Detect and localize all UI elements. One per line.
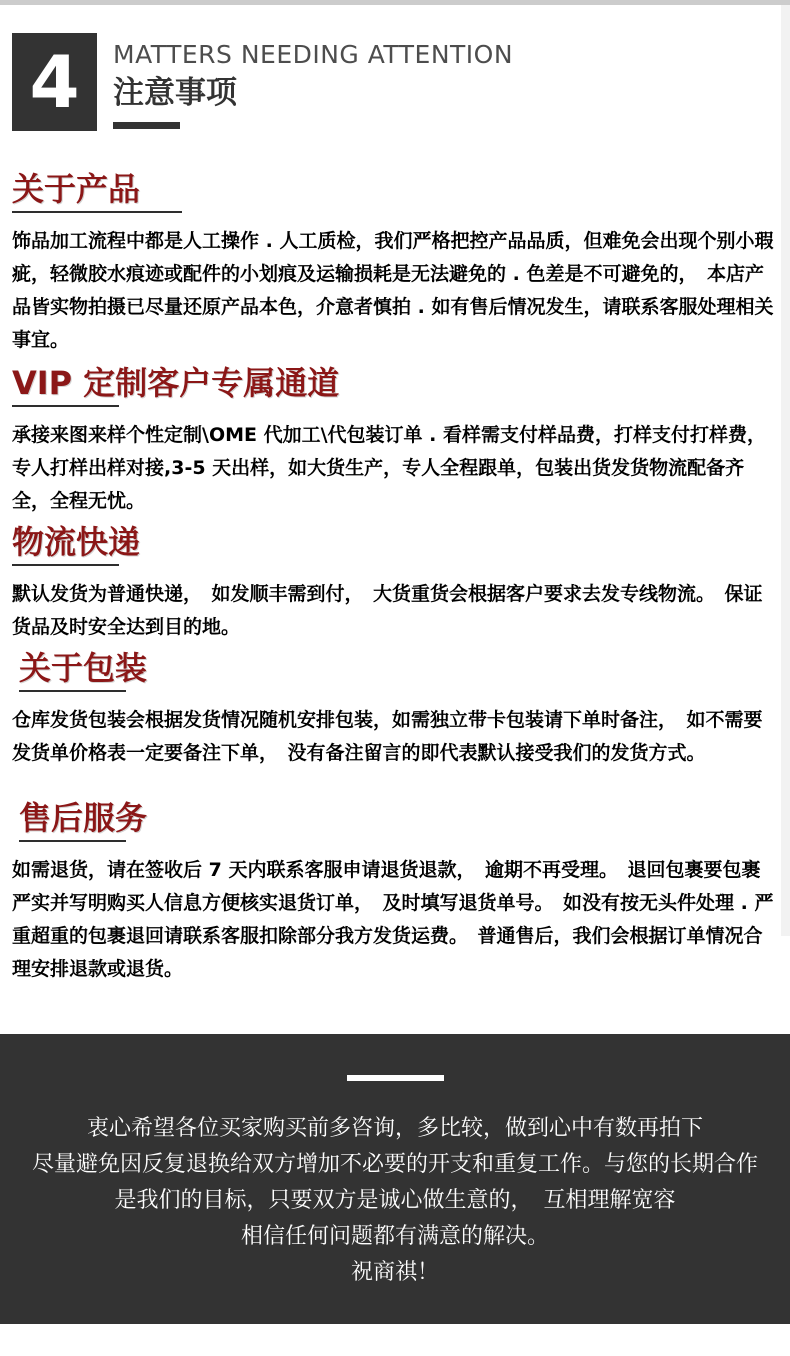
section-heading-vip-custom-channel: VIP 定制客户专属通道	[12, 365, 778, 401]
footer: 衷心希望各位买家购买前多咨询，多比较，做到心中有数再拍下 尽量避免因反复退换给双…	[0, 1034, 790, 1324]
heading-underline	[19, 690, 126, 692]
section-heading-about-packaging: 关于包装	[12, 650, 778, 686]
footer-line: 相信任何问题都有满意的解决。	[0, 1219, 790, 1255]
section-number-badge: 4	[12, 33, 97, 131]
right-edge-strip	[781, 5, 790, 936]
section-body-vip-custom-channel: 承接来图来样个性定制\OME 代加工\代包装订单 . 看样需支付样品费，打样支付…	[12, 419, 778, 518]
section-logistics-express: 物流快递 默认发货为普通快递， 如发顺丰需到付， 大货重货会根据客户要求去发专线…	[12, 524, 778, 644]
header-underline	[113, 122, 180, 129]
section-about-product: 关于产品 饰品加工流程中都是人工操作 . 人工质检，我们严格把控产品品质，但难免…	[12, 171, 778, 357]
heading-underline	[12, 211, 182, 213]
section-body-about-packaging: 仓库发货包装会根据发货情况随机安排包装，如需独立带卡包装请下单时备注， 如不需要…	[12, 704, 778, 770]
section-heading-logistics-express: 物流快递	[12, 524, 778, 560]
footer-line: 是我们的目标，只要双方是诚心做生意的， 互相理解宽容	[0, 1183, 790, 1219]
section-header: 4 MATTERS NEEDING ATTENTION 注意事项	[12, 33, 790, 131]
section-vip-custom-channel: VIP 定制客户专属通道 承接来图来样个性定制\OME 代加工\代包装订单 . …	[12, 365, 778, 518]
section-heading-after-sales-service: 售后服务	[12, 800, 778, 836]
top-edge-strip	[0, 0, 790, 5]
heading-underline	[12, 564, 119, 566]
section-body-logistics-express: 默认发货为普通快递， 如发顺丰需到付， 大货重货会根据客户要求去发专线物流。 保…	[12, 578, 778, 644]
heading-underline	[12, 405, 119, 407]
footer-divider	[347, 1075, 444, 1081]
section-about-packaging: 关于包装 仓库发货包装会根据发货情况随机安排包装，如需独立带卡包装请下单时备注，…	[12, 650, 778, 770]
page: 4 MATTERS NEEDING ATTENTION 注意事项 关于产品 饰品…	[0, 0, 790, 1356]
heading-underline	[19, 840, 126, 842]
section-body-after-sales-service: 如需退货，请在签收后 7 天内联系客服申请退货退款， 逾期不再受理。 退回包裹要…	[12, 854, 778, 986]
footer-line: 尽量避免因反复退换给双方增加不必要的开支和重复工作。与您的长期合作	[0, 1147, 790, 1183]
header-title-en: MATTERS NEEDING ATTENTION	[113, 41, 513, 69]
footer-message: 衷心希望各位买家购买前多咨询，多比较，做到心中有数再拍下 尽量避免因反复退换给双…	[0, 1111, 790, 1291]
footer-line: 衷心希望各位买家购买前多咨询，多比较，做到心中有数再拍下	[0, 1111, 790, 1147]
section-body-about-product: 饰品加工流程中都是人工操作 . 人工质检，我们严格把控产品品质，但难免会出现个别…	[12, 225, 778, 357]
bottom-spacer	[0, 1324, 790, 1356]
section-heading-about-product: 关于产品	[12, 171, 778, 207]
section-after-sales-service: 售后服务 如需退货，请在签收后 7 天内联系客服申请退货退款， 逾期不再受理。 …	[12, 800, 778, 986]
content: 关于产品 饰品加工流程中都是人工操作 . 人工质检，我们严格把控产品品质，但难免…	[0, 171, 790, 986]
section-number: 4	[29, 46, 79, 118]
header-titles: MATTERS NEEDING ATTENTION 注意事项	[113, 33, 513, 129]
header-title-zh: 注意事项	[113, 76, 513, 110]
footer-closing: 祝商祺！	[0, 1255, 790, 1291]
